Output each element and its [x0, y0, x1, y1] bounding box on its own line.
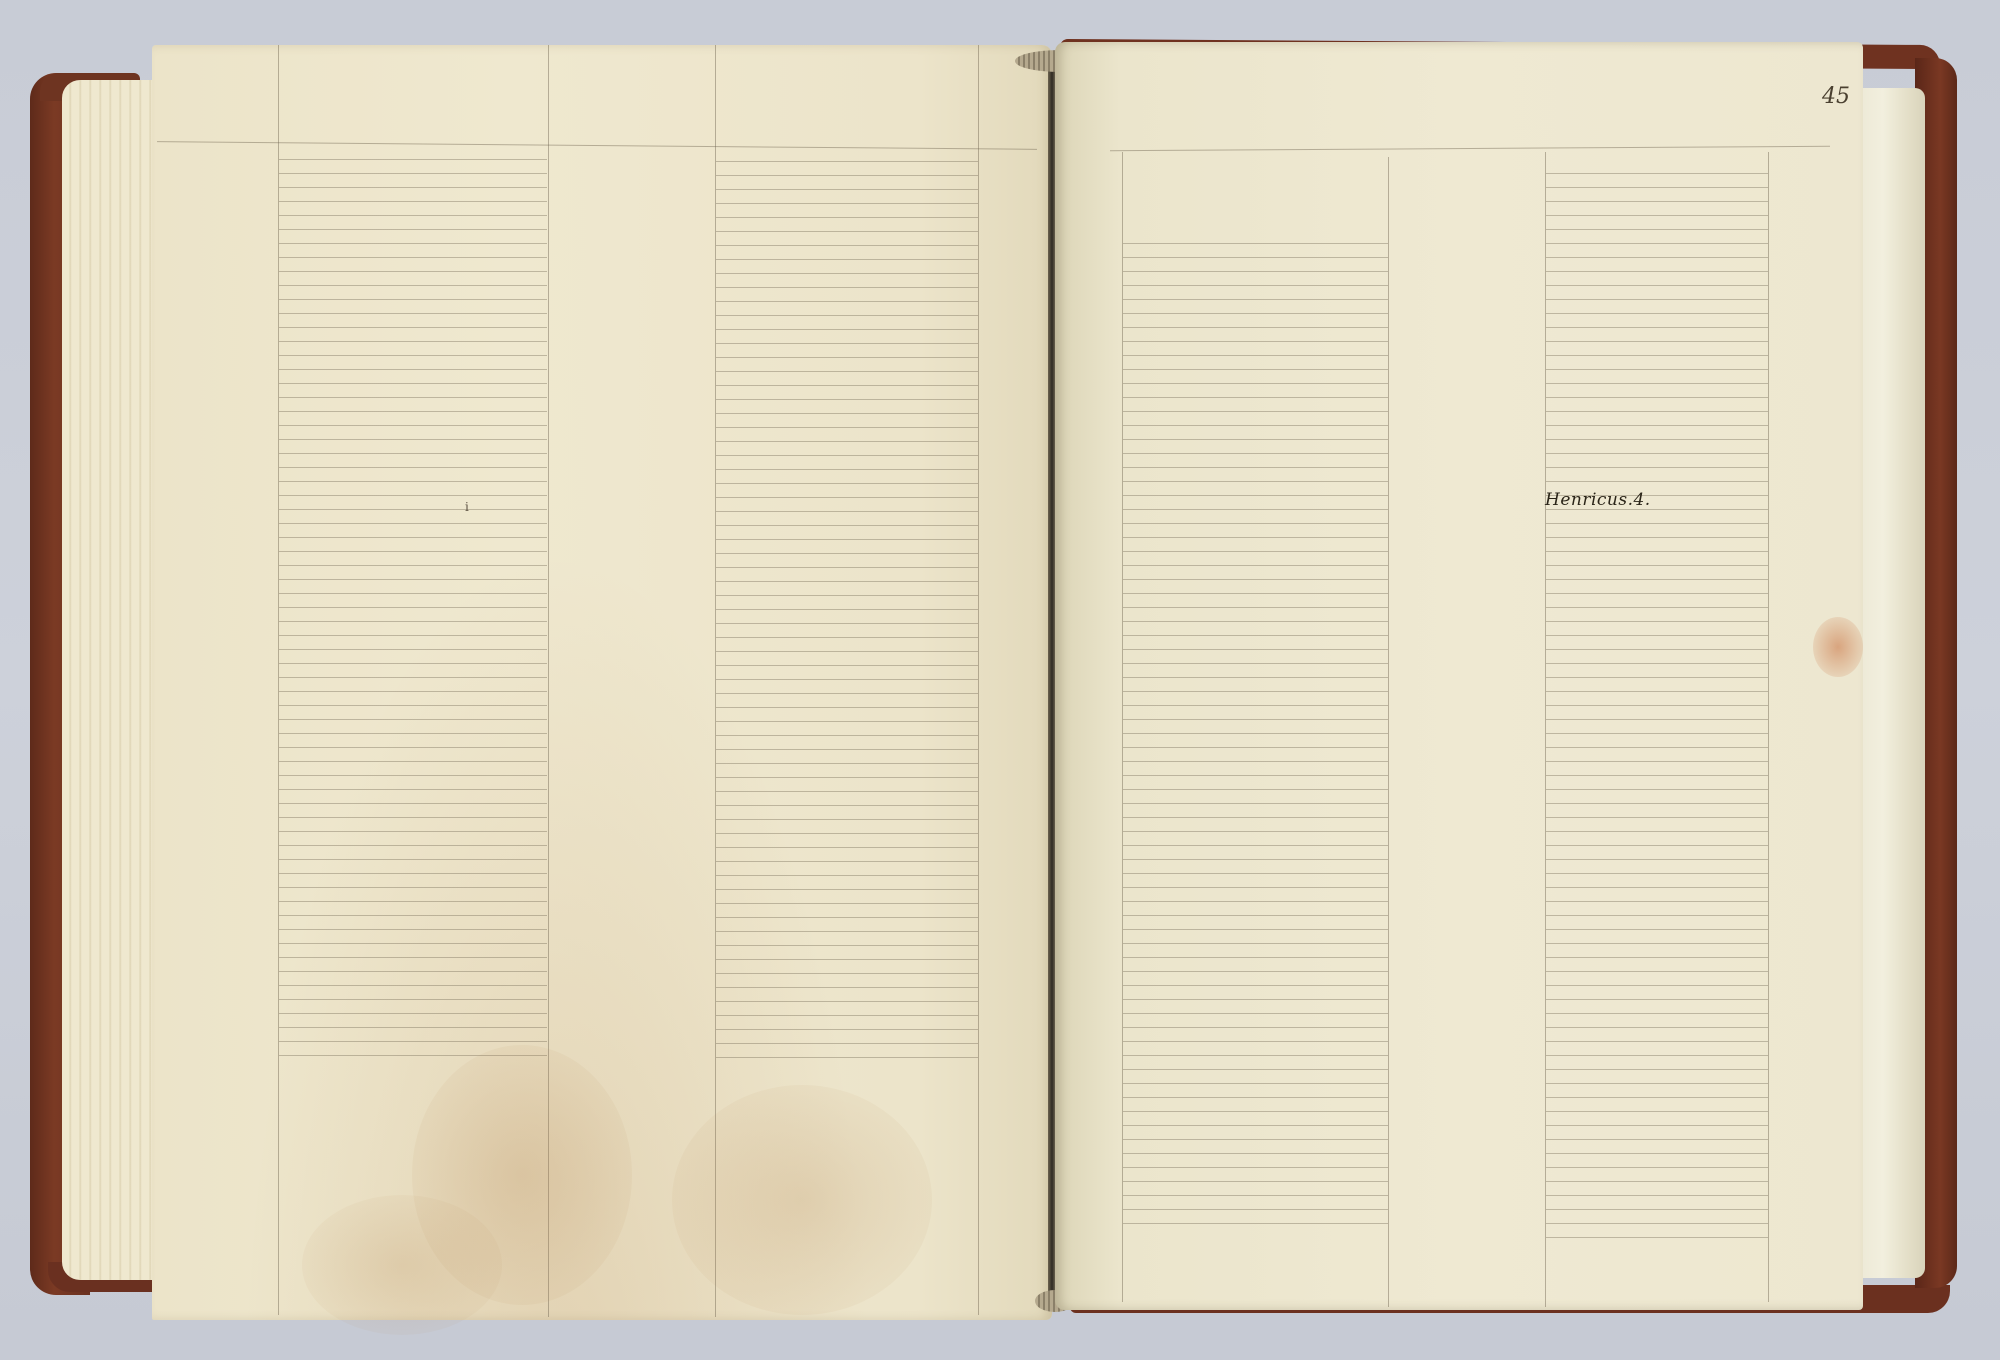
red-stain	[1813, 617, 1863, 677]
left-page[interactable]	[152, 45, 1052, 1320]
foxing-stain	[302, 1195, 502, 1335]
right-ruled-block-2	[1546, 160, 1768, 1245]
left-col-rule-4	[978, 45, 979, 1315]
left-ruled-block-2	[716, 148, 978, 1066]
left-page-mark: i	[465, 500, 469, 514]
foxing-stain	[672, 1085, 932, 1315]
right-col-rule-4	[1768, 152, 1769, 1302]
page-stack-right	[1855, 88, 1925, 1278]
right-header-rule	[1110, 146, 1830, 151]
inscription-henricus: Henricus.4.	[1545, 490, 1651, 510]
left-ruled-block-1	[279, 146, 547, 1056]
right-page[interactable]	[1055, 42, 1863, 1310]
page-stack-left	[62, 80, 162, 1280]
page-number: 45	[1822, 84, 1850, 109]
right-ruled-block-1	[1123, 230, 1388, 1230]
right-col-rule-2	[1388, 157, 1389, 1307]
